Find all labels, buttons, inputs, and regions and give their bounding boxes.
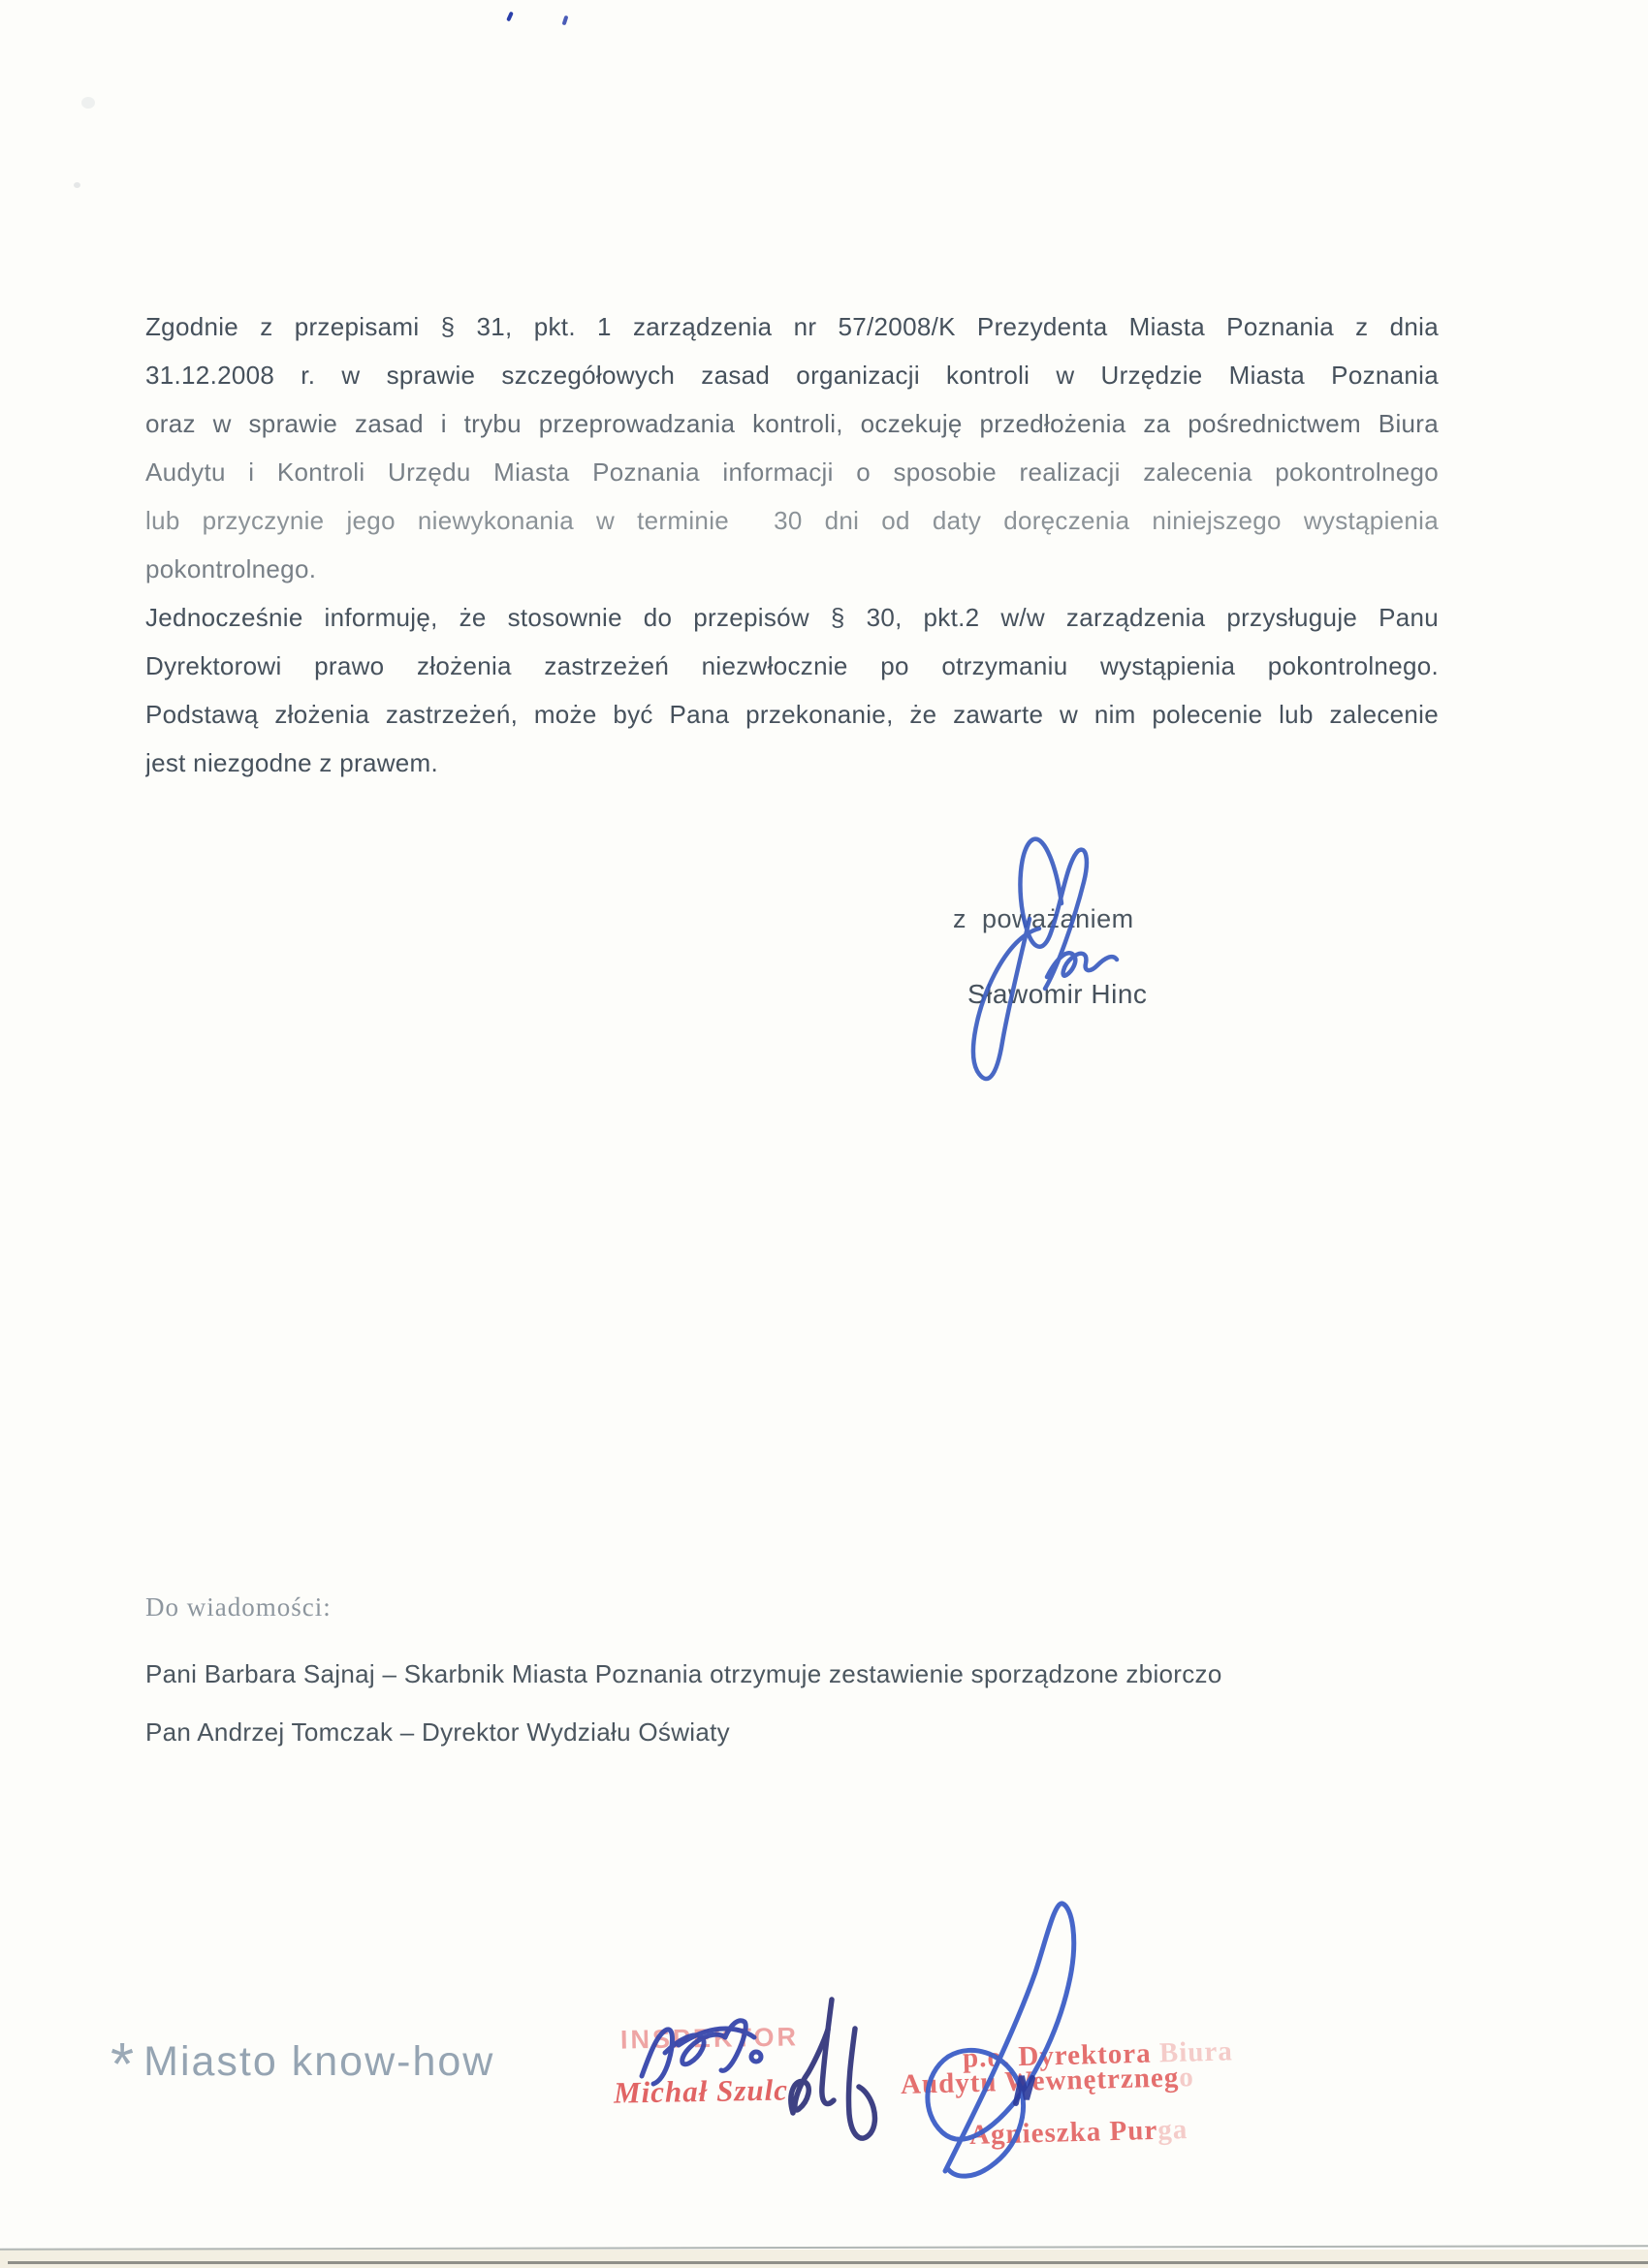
- closing-salutation: z poważaniem: [953, 904, 1134, 934]
- scan-edge-strip: [0, 2250, 1648, 2268]
- letter-line: oraz w sprawie zasad i trybu przeprowadz…: [145, 399, 1439, 448]
- scan-speck: [81, 97, 95, 109]
- stamp-director-line3: Agnieszka Purga: [969, 2114, 1188, 2152]
- stamp-text: Agnieszka Pur: [969, 2115, 1158, 2151]
- letter-line: Podstawą złożenia zastrzeżeń, może być P…: [145, 690, 1439, 739]
- scan-mark: [562, 16, 569, 26]
- letter-line: pokontrolnego.: [145, 545, 1439, 593]
- stamp-director-line2: Audytu Wewnętrznego: [901, 2062, 1195, 2101]
- letter-line: Audytu i Kontroli Urzędu Miasta Poznania…: [145, 448, 1439, 496]
- signature-initials: [776, 1992, 892, 2157]
- distribution-heading: Do wiadomości:: [145, 1592, 332, 1622]
- signature-slawomir-hinc: [960, 829, 1134, 1090]
- letter-line: Dyrektorowi prawo złożenia zastrzeżeń ni…: [145, 642, 1439, 690]
- stamp-text-faded: Biura: [1151, 2035, 1233, 2068]
- letter-body: Zgodnie z przepisami § 31, pkt. 1 zarząd…: [145, 302, 1439, 787]
- distribution-recipient: Pan Andrzej Tomczak – Dyrektor Wydziału …: [145, 1717, 730, 1748]
- stamp-text: Audytu Wewnętrzneg: [901, 2062, 1180, 2100]
- stamp-inspector-name: Michał Szulc: [614, 2072, 789, 2110]
- stamp-text: p.o. Dyrektora: [963, 2038, 1152, 2074]
- signer-name: Sławomir Hinc: [967, 979, 1147, 1010]
- distribution-recipient: Pani Barbara Sajnaj – Skarbnik Miasta Po…: [145, 1659, 1222, 1689]
- asterisk-logo-icon: *: [111, 2035, 134, 2095]
- scan-edge-bottom-line: [8, 2261, 1648, 2264]
- signature-agnieszka-purga: [911, 1885, 1095, 2200]
- stamp-text-faded: ga: [1157, 2114, 1188, 2146]
- stamp-director-line1: p.o. Dyrektora Biura: [963, 2035, 1234, 2074]
- letter-line: lub przyczynie jego niewykonania w termi…: [145, 496, 1439, 545]
- letter-line: Zgodnie z przepisami § 31, pkt. 1 zarząd…: [145, 302, 1439, 351]
- letter-line: 31.12.2008 r. w sprawie szczegółowych za…: [145, 351, 1439, 399]
- logo-text: Miasto know-how: [143, 2038, 494, 2086]
- stamp-inspector-title: INSPEKTOR: [620, 2022, 800, 2055]
- miasto-know-how-logo: * Miasto know-how: [111, 2032, 494, 2092]
- letter-line: Jednocześnie informuję, że stosownie do …: [145, 593, 1439, 642]
- scanned-letter-page: Zgodnie z przepisami § 31, pkt. 1 zarząd…: [0, 0, 1648, 2268]
- scan-mark: [506, 12, 514, 22]
- stamp-text-faded: o: [1179, 2062, 1194, 2093]
- letter-line: jest niezgodne z prawem.: [145, 739, 1439, 787]
- scan-speck: [74, 182, 80, 188]
